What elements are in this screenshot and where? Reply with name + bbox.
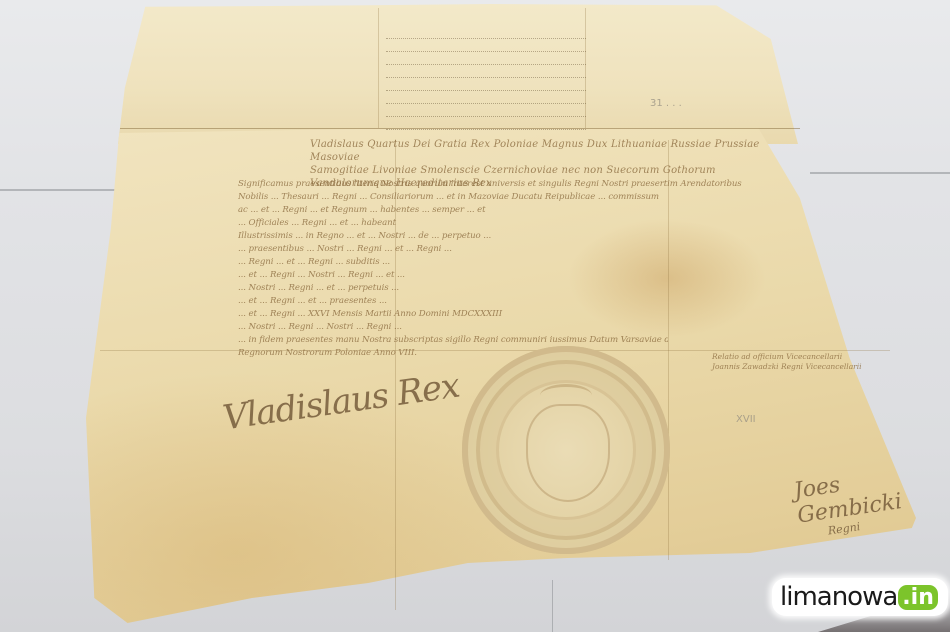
body-line: ... et ... Regni ... XXVI Mensis Martii … <box>238 308 830 321</box>
table-seam-left <box>0 189 115 191</box>
body-line: ... in fidem praesentes manu Nostra subs… <box>238 334 668 347</box>
document-body: Significamus praesentibus literis Nostri… <box>238 178 830 360</box>
watermark-text: limanowa <box>780 582 897 612</box>
table-seam-right <box>810 172 950 174</box>
note-line: Relatio ad officium Vicecancellarii <box>712 352 862 362</box>
body-line: ... Nostri ... Regni ... Nostri ... Regn… <box>238 321 830 334</box>
heading-line: Vladislaus Quartus Dei Gratia Rex Poloni… <box>310 138 770 164</box>
note-line: Joannis Zawadzki Regni Vicecancellarii <box>712 362 862 372</box>
body-line: ... Nostri ... Regni ... et ... perpetui… <box>238 282 830 295</box>
body-line: ... et ... Regni ... Nostri ... Regni ..… <box>238 269 830 282</box>
watermark-tld: .in <box>898 585 938 610</box>
chancellery-note: Relatio ad officium Vicecancellarii Joan… <box>712 352 862 372</box>
fold-line <box>378 8 379 128</box>
royal-seal <box>462 346 670 554</box>
body-line: Illustrissimis ... in Regno ... et ... N… <box>238 230 830 243</box>
pencil-note: 31 . . . <box>650 98 682 109</box>
table-seam-bottom <box>552 580 553 632</box>
body-line: ... Officiales ... Regni ... et ... habe… <box>238 217 830 230</box>
seal-shield-icon <box>526 404 610 502</box>
body-line: Significamus praesentibus literis Nostri… <box>238 178 830 191</box>
site-watermark: limanowa .in <box>772 578 948 616</box>
body-line: ... praesentibus ... Nostri ... Regni ..… <box>238 243 830 256</box>
body-line: ... et ... Regni ... et ... praesentes .… <box>238 295 830 308</box>
body-line: ... Regni ... et ... Regni ... subditis … <box>238 256 830 269</box>
body-line: ac ... et ... Regni ... et Regnum ... ha… <box>238 204 830 217</box>
pencil-note: XVII <box>736 414 756 425</box>
upper-endorsement: endorsement in cursive hand <box>386 14 586 132</box>
body-line: Regnorum Nostrorum Poloniae Anno VIII. <box>238 347 498 360</box>
body-line: Nobilis ... Thesauri ... Regni ... Consi… <box>238 191 830 204</box>
